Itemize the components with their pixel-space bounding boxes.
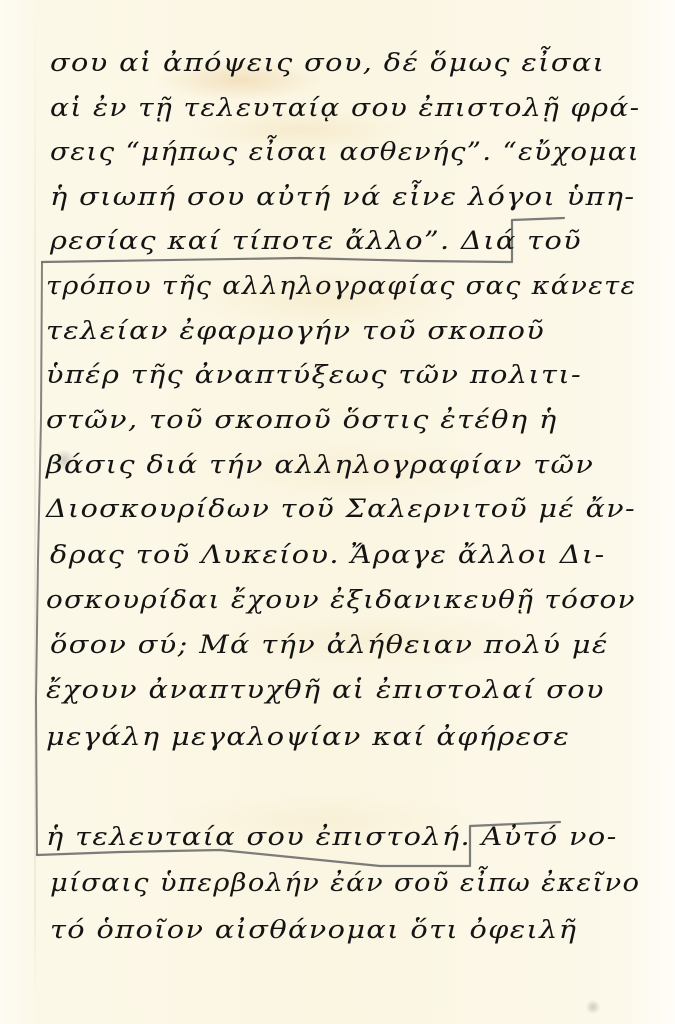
text-line: δρας τοῦ Λυκείου. Ἄραγε ἄλλοι Δι-: [50, 540, 606, 569]
text-line: μίσαις ὑπερβολήν ἐάν σοῦ εἶπω ἐκεῖνο: [50, 868, 640, 897]
text-line: σεις “μήπως εἶσαι ασθενής”. “εὔχομαι: [50, 137, 640, 166]
text-line: τρόπου τῆς αλληλογραφίας σας κάνετε: [46, 271, 636, 300]
letter-page: σου αἱ ἀπόψεις σου, δέ ὅμως εἶσαι αἱ ἐν …: [0, 0, 675, 1024]
text-line: ἡ τελευταία σου ἐπιστολή. Αὐτό νο-: [46, 822, 618, 851]
text-line: στῶν, τοῦ σκοποῦ ὅστις ἐτέθη ἡ: [46, 405, 558, 434]
text-line: ἡ σιωπή σου αὐτή νά εἶνε λόγοι ὑπη-: [50, 182, 636, 211]
text-line: βάσις διά τήν αλληλογραφίαν τῶν: [46, 450, 594, 479]
text-line: οσκουρίδαι ἔχουν ἐξιδανικευθῇ τόσον: [46, 585, 636, 614]
text-line: ὑπέρ τῆς ἀναπτύξεως τῶν πολιτι-: [46, 360, 582, 389]
text-line: τελείαν ἐφαρμογήν τοῦ σκοποῦ: [46, 316, 545, 345]
text-line: αἱ ἐν τῇ τελευταίᾳ σου ἐπιστολῇ φρά-: [50, 93, 641, 122]
pencil-smudge: [585, 1000, 601, 1014]
paper-edge: [34, 0, 36, 1000]
text-line: τό ὁποῖον αἰσθάνομαι ὅτι ὀφειλῆ: [50, 915, 577, 944]
text-line: μεγάλη μεγαλοψίαν καί ἀφήρεσε: [46, 722, 570, 751]
text-line: σου αἱ ἀπόψεις σου, δέ ὅμως εἶσαι: [50, 48, 605, 77]
text-line: Διοσκουρίδων τοῦ Σαλερνιτοῦ μέ ἄν-: [46, 494, 636, 523]
text-line: ρεσίας καί τίποτε ἄλλο”. Διά τοῦ: [50, 226, 582, 255]
text-line: ἔχουν ἀναπτυχθῆ αἱ ἐπιστολαί σου: [46, 675, 605, 704]
text-line: ὅσον σύ; Μά τήν ἀλήθειαν πολύ μέ: [50, 630, 609, 659]
